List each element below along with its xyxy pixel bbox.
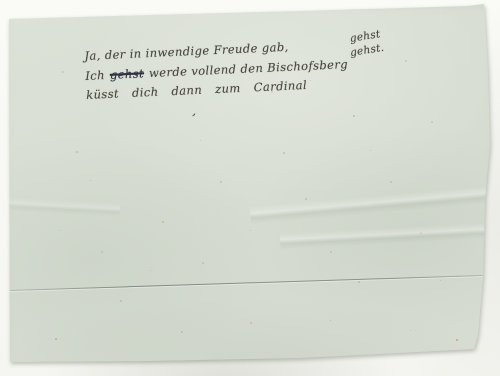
wrinkle-shading bbox=[280, 223, 491, 250]
corner-annotation: gehst gehst. bbox=[349, 28, 385, 60]
foxing-spots bbox=[0, 0, 2, 2]
flourish-mark: , bbox=[192, 104, 199, 118]
handwritten-note: Ja, der in inwendige Freude gab, Ichgehs… bbox=[84, 35, 354, 106]
wrinkle-shading bbox=[250, 186, 491, 225]
scan-background: Ja, der in inwendige Freude gab, Ichgehs… bbox=[0, 0, 500, 376]
wrinkle-shading bbox=[0, 197, 120, 217]
paper-fiber-speckles bbox=[0, 0, 1, 1]
paper-surface: Ja, der in inwendige Freude gab, Ichgehs… bbox=[0, 0, 500, 376]
handwriting-line-2-start: Ich bbox=[85, 68, 105, 83]
crossed-out-word: gehst bbox=[110, 66, 145, 82]
paper-sheet: Ja, der in inwendige Freude gab, Ichgehs… bbox=[0, 0, 500, 376]
fold-crease-line bbox=[9, 275, 483, 291]
